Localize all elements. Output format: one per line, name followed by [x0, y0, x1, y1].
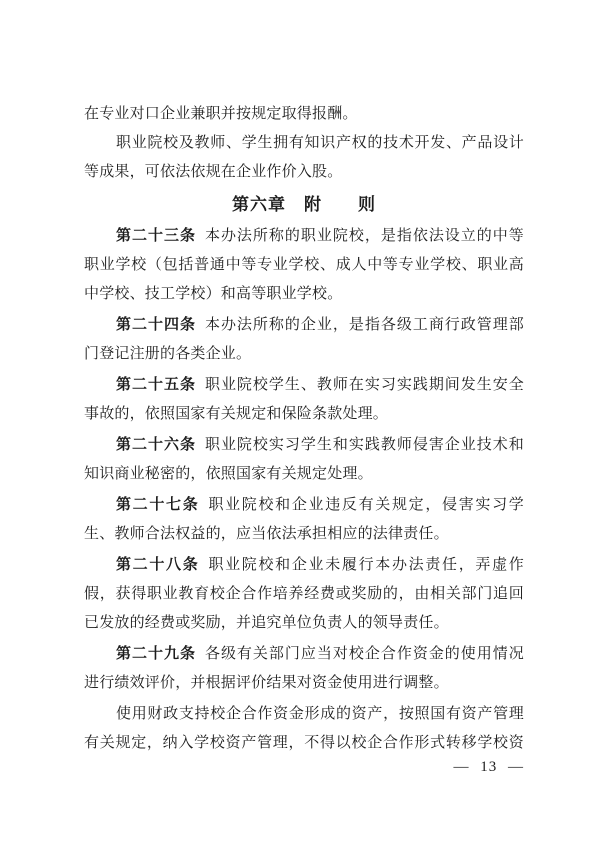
article-number: 第二十九条	[116, 646, 196, 662]
body-line: 门登记注册的各类企业。	[84, 340, 524, 369]
body-line: 已发放的经费或奖励，并追究单位负责人的领导责任。	[84, 609, 524, 638]
body-line: 知识商业秘密的，依照国家有关规定处理。	[84, 460, 524, 489]
line-text: 职业院校和企业违反有关规定，侵害实习学	[208, 497, 524, 513]
body-line: 第二十六条职业院校实习学生和实践教师侵害企业技术和	[84, 431, 524, 460]
body-line: 职业院校及教师、学生拥有知识产权的技术开发、产品设计	[84, 129, 524, 158]
document-page: 在专业对口企业兼职并按规定取得报酬。 职业院校及教师、学生拥有知识产权的技术开发…	[0, 0, 600, 849]
body-line: 等成果，可依法依规在企业作价入股。	[84, 158, 524, 187]
body-line: 第二十七条职业院校和企业违反有关规定，侵害实习学	[84, 491, 524, 520]
line-text: 本办法所称的企业，是指各级工商行政管理部	[205, 317, 524, 333]
body-line: 事故的，依照国家有关规定和保险条款处理。	[84, 400, 524, 429]
article-number: 第二十三条	[116, 228, 196, 244]
article-number: 第二十七条	[116, 497, 199, 513]
body-line: 第二十五条职业院校学生、教师在实习实践期间发生安全	[84, 371, 524, 400]
body-line: 第二十九条各级有关部门应当对校企合作资金的使用情况	[84, 640, 524, 669]
line-text: 各级有关部门应当对校企合作资金的使用情况	[205, 646, 524, 662]
article-number: 第二十四条	[116, 317, 196, 333]
body-line: 有关规定，纳入学校资产管理，不得以校企合作形式转移学校资	[84, 729, 524, 758]
body-line: 第二十三条本办法所称的职业院校，是指依法设立的中等	[84, 222, 524, 251]
body-line: 使用财政支持校企合作资金形成的资产，按照国有资产管理	[84, 700, 524, 729]
body-line: 在专业对口企业兼职并按规定取得报酬。	[84, 100, 524, 129]
body-line: 中学校、技工学校）和高等职业学校。	[84, 280, 524, 309]
article-number: 第二十五条	[116, 377, 196, 393]
body-line: 第二十四条本办法所称的企业，是指各级工商行政管理部	[84, 311, 524, 340]
body-line: 假，获得职业教育校企合作培养经费或奖励的，由相关部门追回	[84, 580, 524, 609]
body-text: 在专业对口企业兼职并按规定取得报酬。 职业院校及教师、学生拥有知识产权的技术开发…	[84, 100, 524, 776]
body-line: 第二十八条职业院校和企业未履行本办法责任，弄虚作	[84, 551, 524, 580]
body-line: 进行绩效评价，并根据评价结果对资金使用进行调整。	[84, 669, 524, 698]
line-text: 职业院校学生、教师在实习实践期间发生安全	[205, 377, 524, 393]
body-line: 生、教师合法权益的，应当依法承担相应的法律责任。	[84, 520, 524, 549]
article-number: 第二十六条	[116, 437, 196, 453]
article-number: 第二十八条	[116, 557, 199, 573]
line-text: 职业院校和企业未履行本办法责任，弄虚作	[208, 557, 524, 573]
body-line: 职业学校（包括普通中等专业学校、成人中等专业学校、职业高	[84, 251, 524, 280]
chapter-heading: 第六章 附 则	[84, 190, 524, 219]
line-text: 职业院校实习学生和实践教师侵害企业技术和	[205, 437, 524, 453]
line-text: 本办法所称的职业院校，是指依法设立的中等	[205, 228, 524, 244]
page-number: — 13 —	[84, 758, 524, 776]
